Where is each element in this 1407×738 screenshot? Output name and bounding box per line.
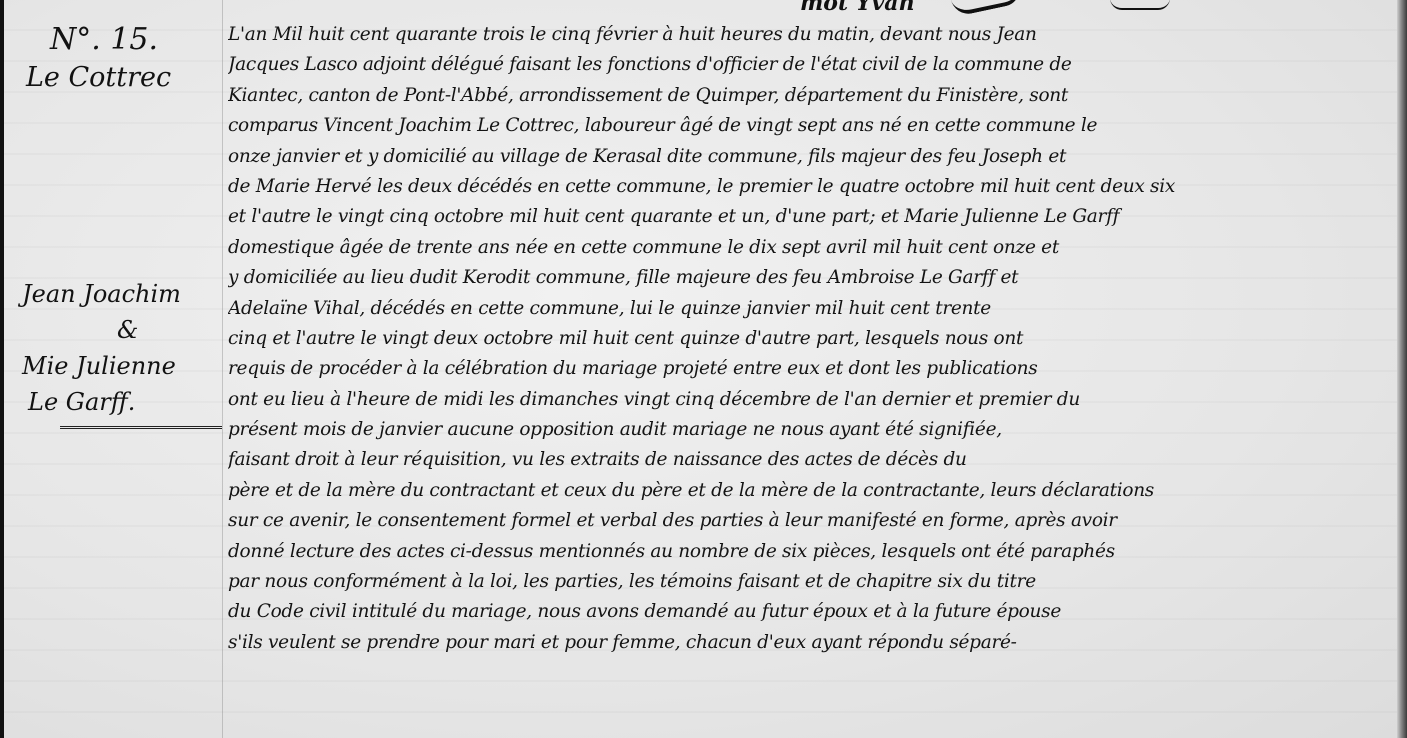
signature-flourish-icon: [951, 0, 1023, 17]
page-left-border: [0, 0, 4, 738]
body-line: requis de procéder à la célébration du m…: [228, 354, 1388, 384]
body-line: domestique âgée de trente ans née en cet…: [228, 233, 1388, 263]
body-line: père et de la mère du contractant et ceu…: [228, 476, 1388, 506]
previous-entry-fragment: mot Yvan: [800, 0, 1360, 20]
body-line: Kiantec, canton de Pont-l'Abbé, arrondis…: [228, 81, 1388, 111]
entry-number: N°. 15.: [50, 22, 158, 57]
body-line: L'an Mil huit cent quarante trois le cin…: [228, 20, 1388, 50]
body-line: faisant droit à leur réquisition, vu les…: [228, 445, 1388, 475]
margin-rule: [222, 0, 223, 738]
groom-name: Jean Joachim: [22, 276, 222, 312]
couple-margin-note: Jean Joachim & Mie Julienne Le Garff.: [22, 276, 222, 429]
ampersand: &: [22, 312, 222, 348]
body-line: donné lecture des actes ci-dessus mentio…: [228, 537, 1388, 567]
groom-surname-heading: Le Cottrec: [26, 62, 171, 93]
signature-flourish-icon: [1110, 0, 1170, 10]
body-line: [228, 689, 1388, 719]
body-line: sur ce avenir, le consentement formel et…: [228, 506, 1388, 536]
body-line: [228, 658, 1388, 688]
entry-body: L'an Mil huit cent quarante trois le cin…: [228, 20, 1388, 719]
body-line: comparus Vincent Joachim Le Cottrec, lab…: [228, 111, 1388, 141]
margin-underline: [60, 422, 222, 429]
bride-surname: Le Garff.: [22, 384, 222, 420]
body-line: Adelaïne Vihal, décédés en cette commune…: [228, 294, 1388, 324]
register-page: mot Yvan N°. 15. Le Cottrec Jean Joachim…: [0, 0, 1407, 738]
body-line: de Marie Hervé les deux décédés en cette…: [228, 172, 1388, 202]
body-line: ont eu lieu à l'heure de midi les dimanc…: [228, 385, 1388, 415]
body-line: Jacques Lasco adjoint délégué faisant le…: [228, 50, 1388, 80]
bride-given-name: Mie Julienne: [22, 348, 222, 384]
body-line: cinq et l'autre le vingt deux octobre mi…: [228, 324, 1388, 354]
page-binding-edge: [1397, 0, 1407, 738]
previous-entry-text: mot Yvan: [800, 0, 915, 16]
body-line: du Code civil intitulé du mariage, nous …: [228, 597, 1388, 627]
body-line: s'ils veulent se prendre pour mari et po…: [228, 628, 1388, 658]
body-line: onze janvier et y domicilié au village d…: [228, 142, 1388, 172]
body-line: et l'autre le vingt cinq octobre mil hui…: [228, 202, 1388, 232]
body-line: présent mois de janvier aucune oppositio…: [228, 415, 1388, 445]
body-line: y domiciliée au lieu dudit Kerodit commu…: [228, 263, 1388, 293]
body-line: par nous conformément à la loi, les part…: [228, 567, 1388, 597]
